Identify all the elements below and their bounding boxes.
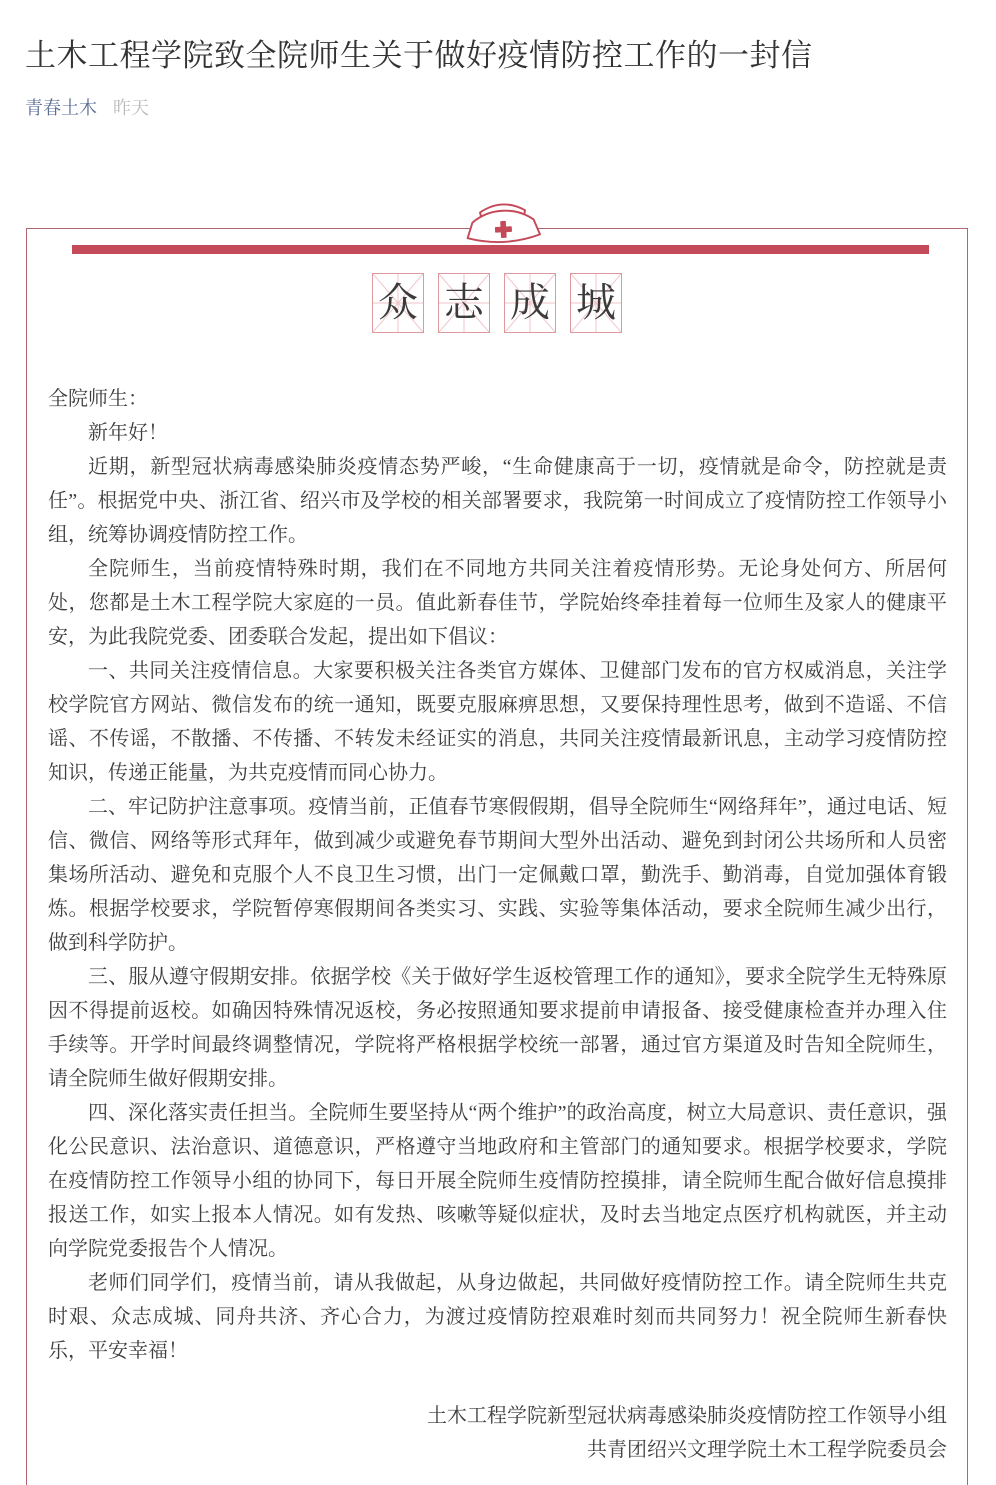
mi-grid-box: 志 — [438, 273, 490, 333]
slogan-char: 城 — [571, 274, 621, 332]
letter-paragraph: 二、牢记防护注意事项。疫情当前，正值春节寒假假期，倡导全院师生“网络拜年”，通过… — [48, 790, 947, 960]
letter-card: 众 志 成 — [26, 228, 968, 1485]
letter-signatures: 土木工程学院新型冠状病毒感染肺炎疫情防控工作领导小组 共青团绍兴文理学院土木工程… — [48, 1399, 947, 1467]
signature-line: 共青团绍兴文理学院土木工程学院委员会 — [48, 1433, 947, 1467]
byline: 青春土木昨天 — [25, 96, 996, 121]
letter-paragraph: 老师们同学们，疫情当前，请从我做起，从身边做起，共同做好疫情防控工作。请全院师生… — [48, 1266, 947, 1368]
slogan-char: 志 — [439, 274, 489, 332]
slogan-char: 成 — [505, 274, 555, 332]
article-page: 土木工程学院致全院师生关于做好疫情防控工作的一封信 青春土木昨天 — [0, 0, 996, 1485]
mi-grid-box: 众 — [372, 273, 424, 333]
account-name-link[interactable]: 青春土木 — [25, 98, 97, 118]
mi-grid-box: 成 — [504, 273, 556, 333]
signature-line: 土木工程学院新型冠状病毒感染肺炎疫情防控工作领导小组 — [48, 1399, 947, 1433]
letter-paragraph: 四、深化落实责任担当。全院师生要坚持从“两个维护”的政治高度，树立大局意识、责任… — [48, 1096, 947, 1266]
letter-salutation: 全院师生： — [48, 382, 947, 416]
slogan-char: 众 — [373, 274, 423, 332]
letter-paragraph: 三、服从遵守假期安排。依据学校《关于做好学生返校管理工作的通知》，要求全院学生无… — [48, 960, 947, 1096]
nurse-cap-icon — [453, 189, 554, 252]
letter-paragraph: 新年好！ — [48, 416, 947, 450]
letter-paragraph: 一、共同关注疫情信息。大家要积极关注各类官方媒体、卫健部门发布的官方权威消息，关… — [48, 654, 947, 790]
mi-grid-box: 城 — [570, 273, 622, 333]
slogan-banner: 众 志 成 — [27, 273, 967, 333]
article-title: 土木工程学院致全院师生关于做好疫情防控工作的一封信 — [0, 0, 996, 74]
letter-body: 全院师生： 新年好！ 近期，新型冠状病毒感染肺炎疫情态势严峻，“生命健康高于一切… — [27, 382, 967, 1467]
letter-paragraph: 近期，新型冠状病毒感染肺炎疫情态势严峻，“生命健康高于一切，疫情就是命令，防控就… — [48, 450, 947, 552]
publish-time: 昨天 — [113, 98, 149, 118]
letter-paragraph: 全院师生，当前疫情特殊时期，我们在不同地方共同关注着疫情形势。无论身处何方、所居… — [48, 552, 947, 654]
